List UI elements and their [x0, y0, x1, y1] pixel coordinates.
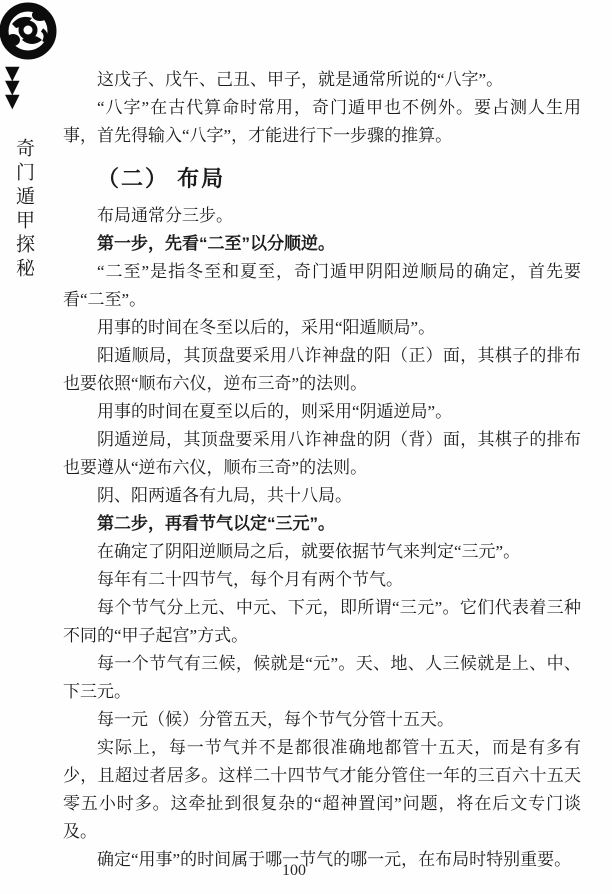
book-page: ▼ ▼ ▼ 奇门遁甲探秘 这戊子、戊午、己丑、甲子，就是通常所说的“八字”。“八…: [0, 0, 612, 894]
page-content: 这戊子、戊午、己丑、甲子，就是通常所说的“八字”。“八字”在古代算命时常用，奇门…: [63, 66, 581, 874]
paragraph: “八字”在古代算命时常用，奇门遁甲也不例外。要占测人生用事，首先得输入“八字”，…: [63, 94, 581, 150]
paragraph: 用事的时间在夏至以后的，则采用“阴遁逆局”。: [63, 398, 581, 426]
paragraph: 用事的时间在冬至以后的，采用“阳遁顺局”。: [63, 314, 581, 342]
publisher-seal-icon: [0, 0, 60, 62]
paragraph: 阳遁顺局，其顶盘要采用八诈神盘的阳（正）面，其棋子的排布也要依照“顺布六仪，逆布…: [63, 342, 581, 398]
paragraph: 每个节气分上元、中元、下元，即所谓“三元”。它们代表着三种不同的“甲子起宫”方式…: [63, 594, 581, 650]
paragraph: “二至”是指冬至和夏至，奇门遁甲阴阳逆顺局的确定，首先要看“二至”。: [63, 258, 581, 314]
paragraph: 每年有二十四节气，每个月有两个节气。: [63, 566, 581, 594]
section-heading: （二） 布局: [97, 166, 581, 192]
page-number: 100: [0, 862, 588, 880]
series-title: 奇门遁甲探秘: [11, 138, 38, 282]
triangle-icon: ▼: [5, 94, 20, 108]
paragraph: 布局通常分三步。: [63, 202, 581, 230]
paragraph: 阴、阳两遁各有九局，共十八局。: [63, 482, 581, 510]
step-paragraph: 第二步，再看节气以定“三元”。: [63, 510, 581, 538]
paragraph: 每一元（候）分管五天，每个节气分管十五天。: [63, 706, 581, 734]
paragraph: 阴遁逆局，其顶盘要采用八诈神盘的阴（背）面，其棋子的排布也要遵从“逆布六仪，顺布…: [63, 426, 581, 482]
paragraph: 实际上，每一节气并不是都很准确地都管十五天，而是有多有少，且超过者居多。这样二十…: [63, 734, 581, 846]
paragraph: 每一个节气有三候，候就是“元”。天、地、人三候就是上、中、下三元。: [63, 650, 581, 706]
sidebar: ▼ ▼ ▼ 奇门遁甲探秘: [0, 0, 58, 894]
paragraph: 这戊子、戊午、己丑、甲子，就是通常所说的“八字”。: [63, 66, 581, 94]
step-paragraph: 第一步，先看“二至”以分顺逆。: [63, 230, 581, 258]
triangle-markers-icon: ▼ ▼ ▼: [5, 66, 20, 108]
paragraph: 在确定了阴阳逆顺局之后，就要依据节气来判定“三元”。: [63, 538, 581, 566]
